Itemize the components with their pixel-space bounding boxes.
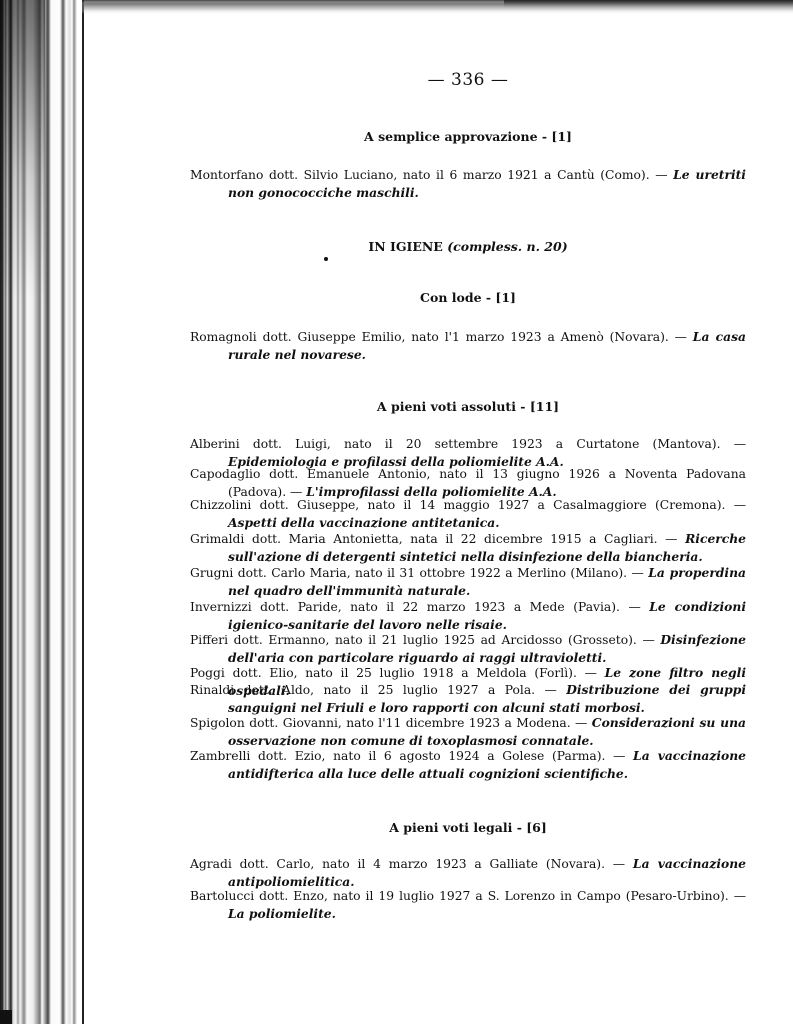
entry-text: Bartolucci dott. Enzo, nato il 19 luglio… <box>190 889 746 903</box>
entry-text: Alberini dott. Luigi, nato il 20 settemb… <box>190 437 746 451</box>
list-item: Zambrelli dott. Ezio, nato il 6 agosto 1… <box>190 747 746 783</box>
list-item: Romagnoli dott. Giuseppe Emilio, nato l'… <box>190 328 746 364</box>
list-item: Pifferi dott. Ermanno, nato il 21 luglio… <box>190 631 746 667</box>
list-item: Bartolucci dott. Enzo, nato il 19 luglio… <box>190 888 746 923</box>
scan-corner-mark <box>0 1010 12 1024</box>
ink-speck <box>324 257 328 261</box>
list-item: Invernizzi dott. Paride, nato il 22 marz… <box>190 598 746 634</box>
list-item: Grimaldi dott. Maria Antonietta, nata il… <box>190 530 746 566</box>
thesis-title: La poliomielite. <box>228 906 336 921</box>
entry-text: Spigolon dott. Giovanni, nato l'11 dicem… <box>190 716 592 730</box>
entry-text: Agradi dott. Carlo, nato il 4 marzo 1923… <box>190 857 633 871</box>
entry-text: Romagnoli dott. Giuseppe Emilio, nato l'… <box>190 330 693 344</box>
heading-main: IN IGIENE <box>368 239 442 254</box>
heading-sub: (compless. n. 20) <box>447 239 567 254</box>
section-heading-semplice-approvazione: A semplice approvazione - [1] <box>190 129 746 144</box>
entry-text: Montorfano dott. Silvio Luciano, nato il… <box>190 168 673 182</box>
list-item: Rinaldi dott. Aldo, nato il 25 luglio 19… <box>190 681 746 717</box>
list-item: Agradi dott. Carlo, nato il 4 marzo 1923… <box>190 855 746 891</box>
list-item: Montorfano dott. Silvio Luciano, nato il… <box>190 166 746 202</box>
list-item: Grugni dott. Carlo Maria, nato il 31 ott… <box>190 564 746 600</box>
entry-text: Chizzolini dott. Giuseppe, nato il 14 ma… <box>190 498 746 512</box>
page-top-edge-left <box>84 0 504 14</box>
section-heading-con-lode: Con lode - [1] <box>190 290 746 305</box>
entry-text: Invernizzi dott. Paride, nato il 22 marz… <box>190 600 649 614</box>
page-number: — 336 — <box>190 70 746 90</box>
entry-text: Zambrelli dott. Ezio, nato il 6 agosto 1… <box>190 749 633 763</box>
list-item: Chizzolini dott. Giuseppe, nato il 14 ma… <box>190 497 746 532</box>
thesis-title: Aspetti della vaccinazione antitetanica. <box>228 515 500 530</box>
list-item: Capodaglio dott. Emanuele Antonio, nato … <box>190 466 746 501</box>
section-heading-pieni-voti-assoluti: A pieni voti assoluti - [11] <box>190 399 746 414</box>
section-heading-igiene: IN IGIENE (compless. n. 20) <box>190 239 746 254</box>
entry-text: Grugni dott. Carlo Maria, nato il 31 ott… <box>190 566 648 580</box>
list-item: Spigolon dott. Giovanni, nato l'11 dicem… <box>190 714 746 750</box>
section-heading-pieni-voti-legali: A pieni voti legali - [6] <box>190 820 746 835</box>
binding-shadow <box>0 0 45 300</box>
page-left-edge <box>82 4 84 1024</box>
entry-text: Grimaldi dott. Maria Antonietta, nata il… <box>190 532 685 546</box>
entry-text: Rinaldi dott. Aldo, nato il 25 luglio 19… <box>190 683 566 697</box>
entry-text: Poggi dott. Elio, nato il 25 luglio 1918… <box>190 666 605 680</box>
entry-text: Pifferi dott. Ermanno, nato il 21 luglio… <box>190 633 660 647</box>
